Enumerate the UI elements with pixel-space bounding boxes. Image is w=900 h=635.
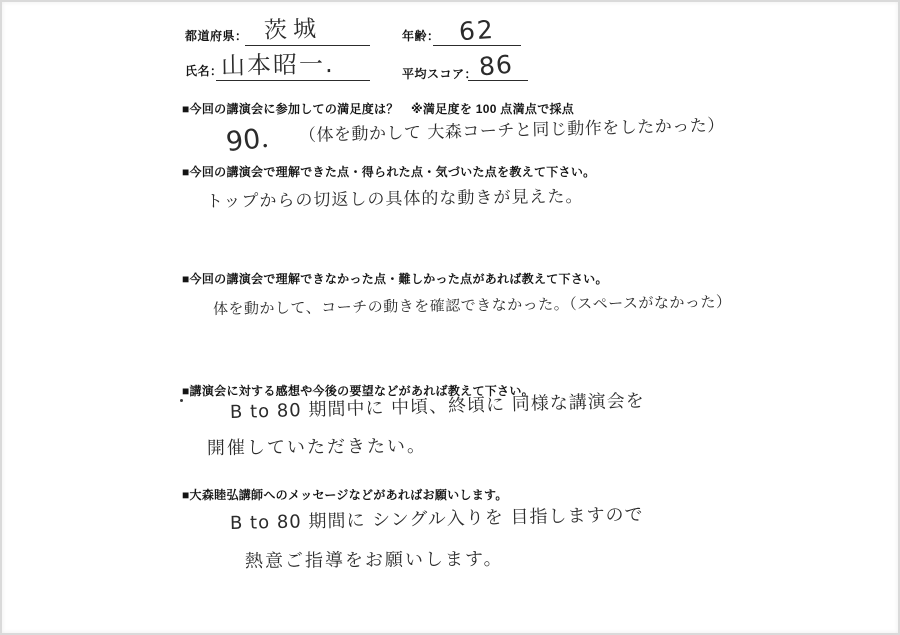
question-5-answer-line1: B to 80 期間に シングル入りを 目指しますので (230, 506, 644, 533)
question-4-answer-line2: 開催していただきたい。 (207, 438, 427, 458)
question-1-note-value: （体を動かして 大森コーチと同じ動作をしたかった） (299, 118, 725, 145)
question-2-answer: トップからの切返しの具体的な動きが見えた。 (206, 189, 584, 211)
question-1-score-value: 90． (225, 123, 289, 156)
stray-ink-dot (180, 399, 183, 402)
question-5-heading: ■大森睦弘講師へのメッセージなどがあればお願いします。 (182, 489, 508, 501)
question-3-heading: ■今回の講演会で理解できなかった点・難しかった点があれば教えて下さい。 (182, 273, 608, 285)
question-5-answer-line2: 熱意ご指導をお願いします。 (245, 551, 504, 571)
prefecture-value: 茨城 (264, 18, 323, 43)
average-score-value: 86 (478, 52, 514, 80)
name-value: 山本昭一. (221, 52, 335, 78)
question-1-heading: ■今回の講演会に参加しての満足度は？ ※満足度を 100 点満点で採点 (182, 103, 574, 115)
scanned-form-page: 都道府県： 茨城 年齢： 62 氏名： 山本昭一. 平均スコア： 86 ■今回の… (0, 0, 900, 635)
question-2-heading: ■今回の講演会で理解できた点・得られた点・気づいた点を教えて下さい。 (182, 166, 595, 178)
age-value: 62 (458, 17, 495, 44)
average-score-label: 平均スコア： (402, 68, 477, 80)
prefecture-label: 都道府県： (185, 30, 248, 42)
question-3-answer: 体を動かして、コーチの動きを確認できなかった。（スペースがなかった） (213, 295, 732, 317)
